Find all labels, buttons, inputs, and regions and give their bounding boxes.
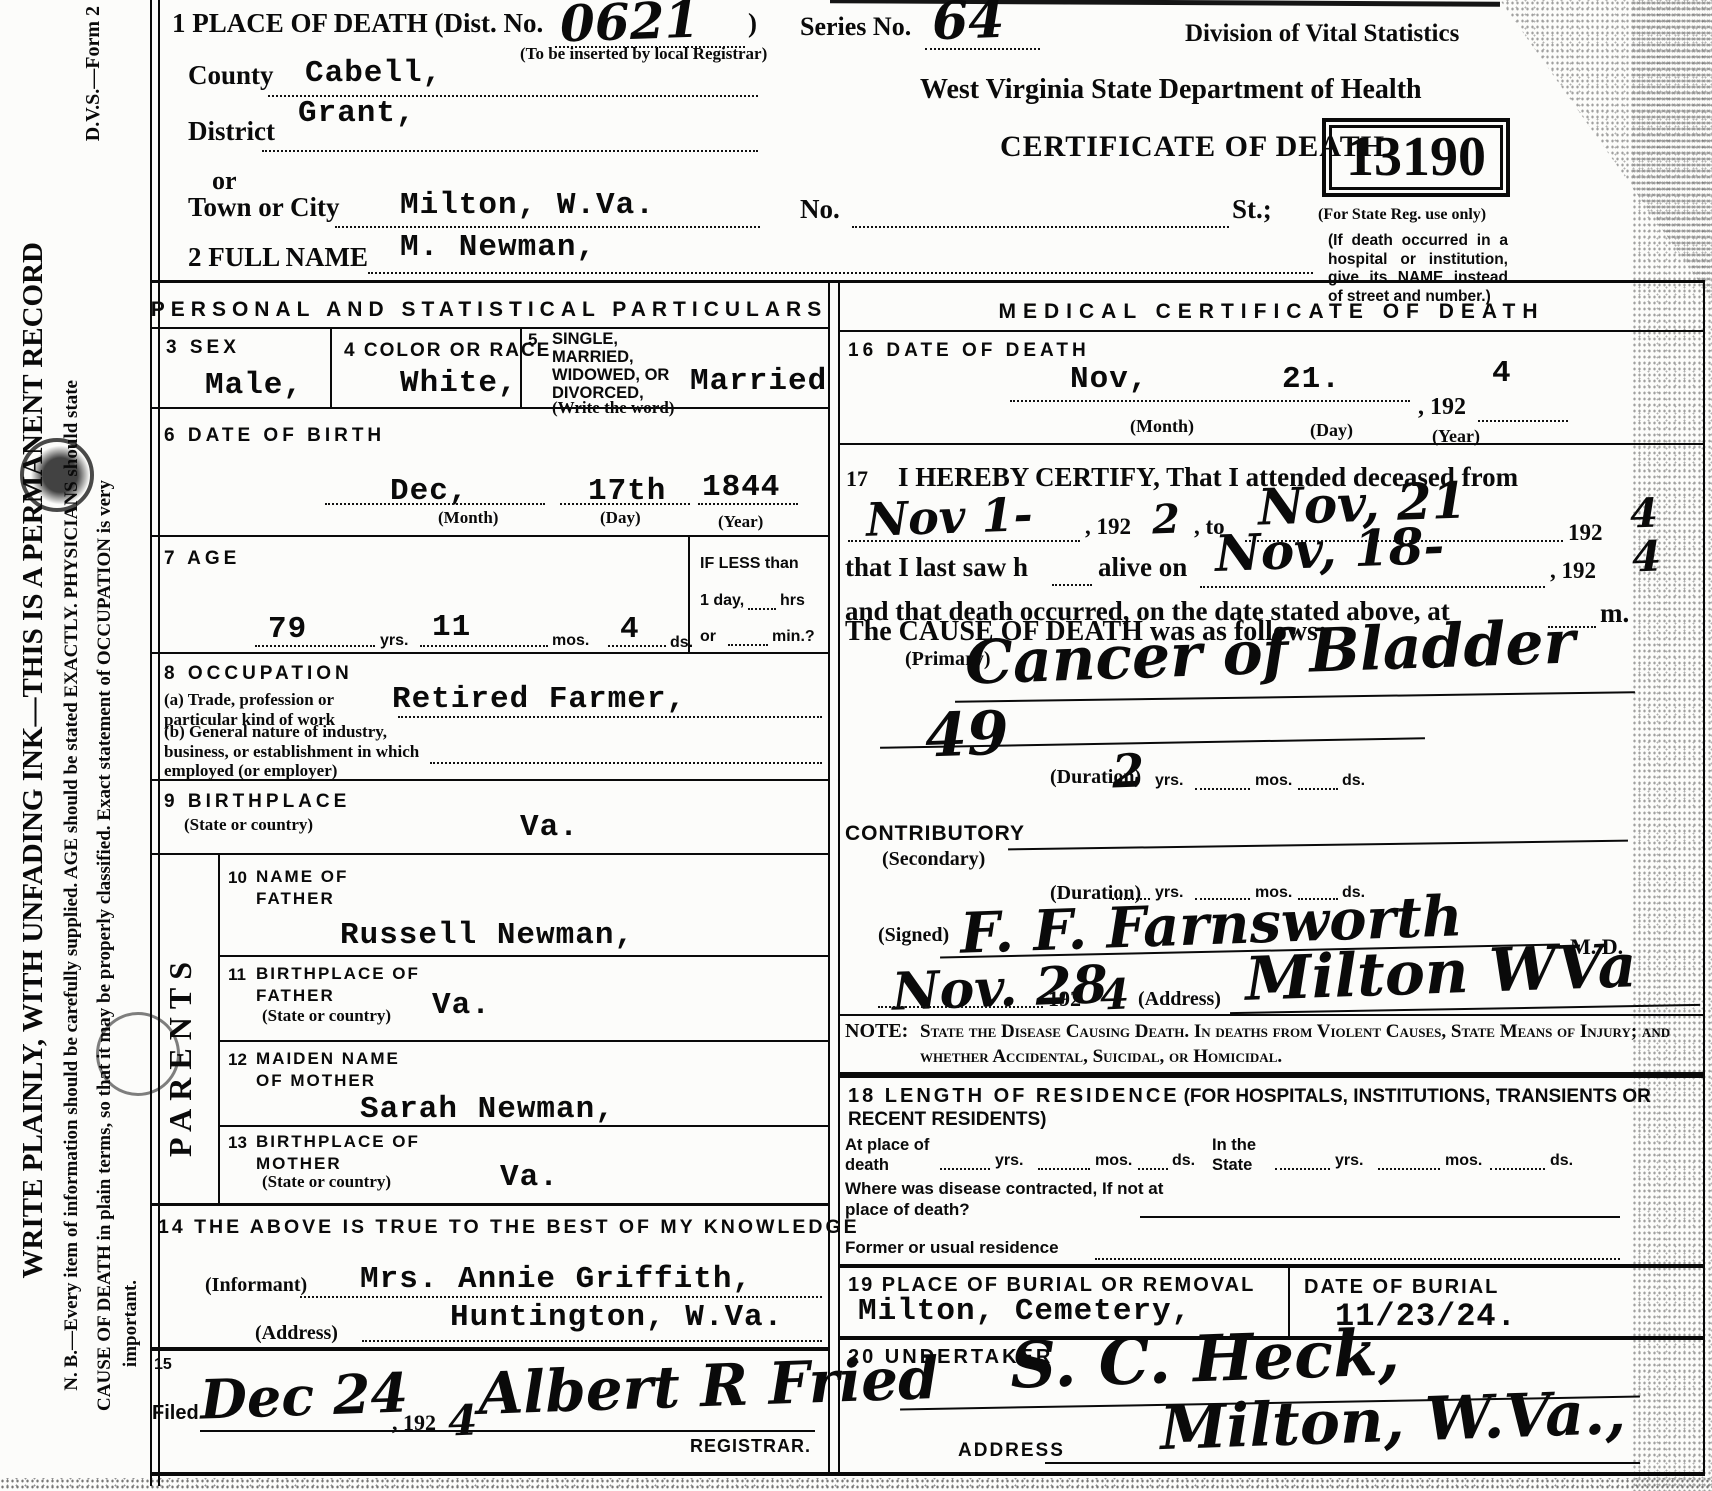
duration-mos-blank <box>1195 788 1250 790</box>
duration-ds-blank <box>1298 788 1338 790</box>
marital-label: SINGLE, MARRIED, WIDOWED, OR DIVORCED, <box>552 330 692 403</box>
dob-day-blank <box>560 503 690 505</box>
margin-form-number-text: D.V.S.—Form 2 <box>82 6 105 141</box>
state-reg-note: (For State Reg. use only) <box>1318 206 1486 224</box>
occupation-value: Retired Farmer, <box>392 682 686 717</box>
parents-vertical-label-text: PARENTS <box>162 954 199 1157</box>
atplace-yrs-label: yrs. <box>995 1152 1023 1170</box>
certificate-number-box: 13190 <box>1322 118 1510 197</box>
registrar-label: REGISTRAR. <box>690 1436 811 1457</box>
undertaker-address-line <box>1045 1462 1640 1464</box>
age-days-value: 4 <box>620 612 640 647</box>
registrar-signature-line <box>200 1430 815 1432</box>
filed-label: Filed <box>152 1402 199 1425</box>
undertaker-address-handwritten: Milton, W.Va., <box>1159 1378 1627 1464</box>
hrs-label: hrs <box>780 592 805 610</box>
mother-label: MAIDEN NAME OF MOTHER <box>256 1048 426 1092</box>
marital-number: 5 <box>528 330 537 350</box>
form-right-border <box>1703 280 1705 1472</box>
if-less-label: IF LESS than <box>700 555 799 573</box>
atplace-yrs-blank <box>940 1168 990 1170</box>
to-192-label: 192 <box>1568 520 1603 546</box>
dob-year-value: 1844 <box>702 470 780 505</box>
row-occupation-bottom <box>150 779 828 781</box>
dob-year-note: (Year) <box>718 512 763 532</box>
last-seen-handwritten: Nov, 18- <box>1214 516 1445 583</box>
mother-bp-label: BIRTHPLACE OF MOTHER <box>256 1131 426 1175</box>
fullname-label: 2 FULL NAME <box>188 242 368 273</box>
mother-number: 12 <box>228 1050 247 1070</box>
to-year-handwritten: 4 <box>1629 490 1658 538</box>
personal-title-underline <box>150 327 828 329</box>
mother-bp-number: 13 <box>228 1133 247 1153</box>
occupation-label: 8 OCCUPATION <box>164 663 353 685</box>
father-bp-number: 11 <box>228 965 246 985</box>
seen-192-label: , 192 <box>1550 558 1596 584</box>
row-age-bottom <box>150 652 828 654</box>
informant-address-label: (Address) <box>255 1322 338 1345</box>
truth-statement: 14 THE ABOVE IS TRUE TO THE BEST OF MY K… <box>158 1216 828 1239</box>
instate-ds-label: ds. <box>1550 1152 1573 1170</box>
dob-month-note: (Month) <box>438 508 498 528</box>
mother-bp-value: Va. <box>500 1160 559 1195</box>
dod-month-note: (Month) <box>1130 416 1194 437</box>
row-birthplace-bottom <box>150 853 828 855</box>
birthplace-value: Va. <box>520 810 579 845</box>
dob-day-note: (Day) <box>600 508 641 528</box>
signed-date-blank <box>878 1006 1043 1008</box>
division-title: Division of Vital Statistics <box>1185 20 1459 48</box>
instate-yrs-blank <box>1275 1168 1330 1170</box>
last-seen-blank <box>1200 586 1545 588</box>
margin-form-number: D.V.S.—Form 2 <box>82 6 105 156</box>
form-left-border-inner <box>158 0 160 1486</box>
father-bp-label: BIRTHPLACE OF FATHER <box>256 963 426 1007</box>
instate-ds-blank <box>1490 1168 1545 1170</box>
town-blank <box>335 226 760 228</box>
note-label: NOTE: <box>845 1020 908 1043</box>
dod-192-label: , 192 <box>1418 394 1466 421</box>
birthplace-label: 9 BIRTHPLACE <box>164 791 350 813</box>
county-label: County <box>188 60 274 91</box>
race-marital-separator <box>520 327 522 407</box>
occupation-a-blank <box>398 716 822 718</box>
margin-permanent-record: WRITE PLAINLY, WITH UNFADING INK—THIS IS… <box>12 60 54 1460</box>
hospital-note: (If death occurred in a hospital or inst… <box>1328 232 1508 306</box>
atplace-mos-blank <box>1038 1168 1090 1170</box>
row-dob-bottom <box>150 535 828 537</box>
margin-nb-line1: N. B.—Every item of information should b… <box>56 300 88 1470</box>
dob-month-blank <box>325 503 545 505</box>
contracted-label: Where was disease contracted, If not at … <box>845 1178 1175 1221</box>
margin-nb-line2: CAUSE OF DEATH in plain terms, so that i… <box>90 420 120 1470</box>
from-192-label: , 192 <box>1085 514 1131 540</box>
one-day-label: 1 day, <box>700 592 744 610</box>
mother-bp-note: (State or country) <box>262 1172 391 1192</box>
place-of-death-label: 1 PLACE OF DEATH (Dist. No. <box>172 8 543 39</box>
father-number: 10 <box>228 868 247 888</box>
contributory-label: CONTRIBUTORY <box>845 822 1025 846</box>
marital-value: Married <box>690 364 827 399</box>
occupation-b-blank <box>430 762 822 764</box>
department-title: West Virginia State Department of Health <box>920 74 1422 106</box>
margin-nb-line1-text: N. B.—Every item of information should b… <box>61 380 83 1391</box>
last-saw-label: that I last saw h <box>845 552 1028 583</box>
instate-mos-label: mos. <box>1445 1152 1482 1170</box>
father-label: NAME OF FATHER <box>256 866 386 910</box>
burial-date-label: DATE OF BURIAL <box>1304 1276 1499 1299</box>
father-bp-note: (State or country) <box>262 1006 391 1026</box>
father-bp-value: Va. <box>432 988 491 1023</box>
birthplace-note: (State or country) <box>184 815 313 835</box>
form-bottom-rule <box>150 1472 1705 1476</box>
age-label: 7 AGE <box>164 548 240 570</box>
row-sex-bottom <box>150 407 828 409</box>
medical-title-underline <box>838 330 1705 332</box>
signed-year-handwritten: 4 <box>1099 970 1130 1020</box>
medical-section-title: MEDICAL CERTIFICATE OF DEATH <box>838 300 1705 324</box>
sex-race-separator <box>330 327 332 407</box>
dod-year-value: 4 <box>1492 356 1512 391</box>
date-of-death-label: 16 DATE OF DEATH <box>848 340 1090 362</box>
dod-day-value: 21. <box>1282 362 1341 397</box>
sex-label: 3 SEX <box>166 337 240 359</box>
death-m-label: m. <box>1600 598 1629 629</box>
row-father-bottom <box>218 955 828 957</box>
fullname-value: M. Newman, <box>400 230 596 265</box>
signed-address-handwritten: Milton WVa <box>1244 931 1638 1015</box>
county-value: Cabell, <box>305 56 442 91</box>
filed-192-label: , 192 <box>392 1410 436 1436</box>
cause-code-handwritten: 49 <box>924 699 1010 772</box>
alive-on-label: alive on <box>1098 552 1187 583</box>
atplace-ds-blank <box>1138 1168 1168 1170</box>
min-label: min.? <box>772 628 815 646</box>
informant-address-blank <box>362 1340 822 1342</box>
row-father-bp-bottom <box>218 1040 828 1042</box>
insert-note: (To be inserted by local Registrar) <box>520 44 767 64</box>
town-label: Town or City <box>188 192 340 223</box>
former-residence-label: Former or usual residence <box>845 1238 1059 1258</box>
duration-ds-label: ds. <box>1342 772 1365 790</box>
contracted-blank <box>1140 1216 1620 1218</box>
last-saw-him-blank <box>1052 584 1092 586</box>
age-days-blank <box>608 645 666 647</box>
age-years-blank <box>255 645 375 647</box>
dod-day-note: (Day) <box>1310 420 1353 441</box>
dod-year-blank <box>1478 420 1568 422</box>
residence-heading: 18 LENGTH OF RESIDENCE (FOR HOSPITALS, I… <box>848 1084 1703 1132</box>
district-blank <box>262 150 758 152</box>
form-left-border-outer <box>150 0 152 1486</box>
signed-label: (Signed) <box>878 924 949 947</box>
mother-value: Sarah Newman, <box>360 1092 615 1127</box>
row-mother-bottom <box>218 1125 828 1127</box>
district-label: District <box>188 116 275 147</box>
age-yrs-label: yrs. <box>380 632 408 650</box>
dob-year-blank <box>698 503 798 505</box>
margin-nb-line3: important. <box>120 1280 142 1450</box>
dod-blank <box>1010 400 1410 402</box>
former-residence-blank <box>1095 1258 1620 1260</box>
race-value: White, <box>400 366 518 401</box>
in-state-label: In the State <box>1212 1136 1274 1176</box>
margin-nb-line2-text: CAUSE OF DEATH in plain terms, so that i… <box>94 480 116 1411</box>
note-text: State the Disease Causing Death. In deat… <box>920 1020 1700 1069</box>
at-place-label: At place of death <box>845 1136 940 1176</box>
informant-value: Mrs. Annie Griffith, <box>360 1262 752 1297</box>
note-top-rule <box>838 1014 1705 1016</box>
fullname-blank <box>368 272 1313 274</box>
informant-blank <box>300 1296 822 1298</box>
dod-month-value: Nov, <box>1070 362 1148 397</box>
atplace-mos-label: mos. <box>1095 1152 1132 1170</box>
age-ifless-separator <box>688 535 690 652</box>
from-year-handwritten: 2 <box>1151 496 1180 544</box>
age-months-blank <box>420 645 548 647</box>
dod-bottom-rule <box>838 443 1705 445</box>
age-months-value: 11 <box>432 610 471 645</box>
age-years-value: 79 <box>268 612 307 647</box>
dob-label: 6 DATE OF BIRTH <box>164 425 385 447</box>
filed-year-handwritten: 4 <box>447 1396 478 1446</box>
sex-value: Male, <box>205 368 303 403</box>
center-divider-right <box>838 280 840 1472</box>
hrs-blank <box>748 608 776 610</box>
attended-from-blank <box>848 540 1080 542</box>
series-blank <box>925 48 1040 50</box>
signed-address-note: (Address) <box>1138 988 1221 1011</box>
scan-noise-bottom-band <box>0 1478 1712 1491</box>
informant-address-value: Huntington, W.Va. <box>450 1300 783 1335</box>
street-label: St.; <box>1232 194 1272 225</box>
series-no-handwritten: 64 <box>931 0 1005 52</box>
residence-label: 18 LENGTH OF RESIDENCE <box>848 1085 1180 1107</box>
row-mother-bp-bottom <box>150 1203 828 1206</box>
atplace-ds-label: ds. <box>1172 1152 1195 1170</box>
margin-permanent-record-text: WRITE PLAINLY, WITH UNFADING INK—THIS IS… <box>17 242 50 1278</box>
secondary-note: (Secondary) <box>882 848 985 871</box>
duration-yrs-label: yrs. <box>1155 772 1183 790</box>
parents-vertical-label: PARENTS <box>162 905 199 1205</box>
filed-number: 15 <box>154 1356 172 1374</box>
duration-value-handwritten: 2 <box>1111 743 1145 798</box>
margin-nb-line3-text: important. <box>120 1280 142 1367</box>
certify-number: 17 <box>846 466 868 492</box>
note-bottom-rule <box>838 1072 1705 1078</box>
filed-date-handwritten: Dec 24 <box>199 1360 409 1431</box>
contributory-line <box>1008 840 1628 851</box>
undertaker-address-label: ADDRESS <box>958 1440 1065 1462</box>
father-value: Russell Newman, <box>340 918 634 953</box>
informant-label: (Informant) <box>205 1274 307 1297</box>
parents-separator <box>218 853 220 1203</box>
attended-from-handwritten: Nov 1- <box>865 487 1033 547</box>
duration-mos-label: mos. <box>1255 772 1292 790</box>
seen-year-handwritten: 4 <box>1631 532 1662 582</box>
center-divider-left <box>828 280 830 1472</box>
series-no-label: Series No. <box>800 12 911 42</box>
instate-yrs-label: yrs. <box>1335 1152 1363 1170</box>
district-value: Grant, <box>298 96 416 131</box>
street-no-blank <box>852 226 1229 228</box>
residence-bottom-rule <box>838 1264 1705 1268</box>
certificate-number: 13190 <box>1346 126 1486 188</box>
age-mos-label: mos. <box>552 632 589 650</box>
personal-section-title: PERSONAL AND STATISTICAL PARTICULARS <box>150 298 828 322</box>
or-min-label: or <box>700 628 716 646</box>
place-paren-close: ) <box>748 8 757 39</box>
occupation-b-label: (b) General nature of industry, business… <box>164 722 444 781</box>
town-value: Milton, W.Va. <box>400 188 655 223</box>
min-blank <box>728 644 768 646</box>
signed-192-label: 192 <box>1048 986 1081 1012</box>
instate-mos-blank <box>1378 1168 1440 1170</box>
street-no-label: No. <box>800 194 840 225</box>
death-certificate-scan: D.V.S.—Form 2 WRITE PLAINLY, WITH UNFADI… <box>0 0 1712 1491</box>
